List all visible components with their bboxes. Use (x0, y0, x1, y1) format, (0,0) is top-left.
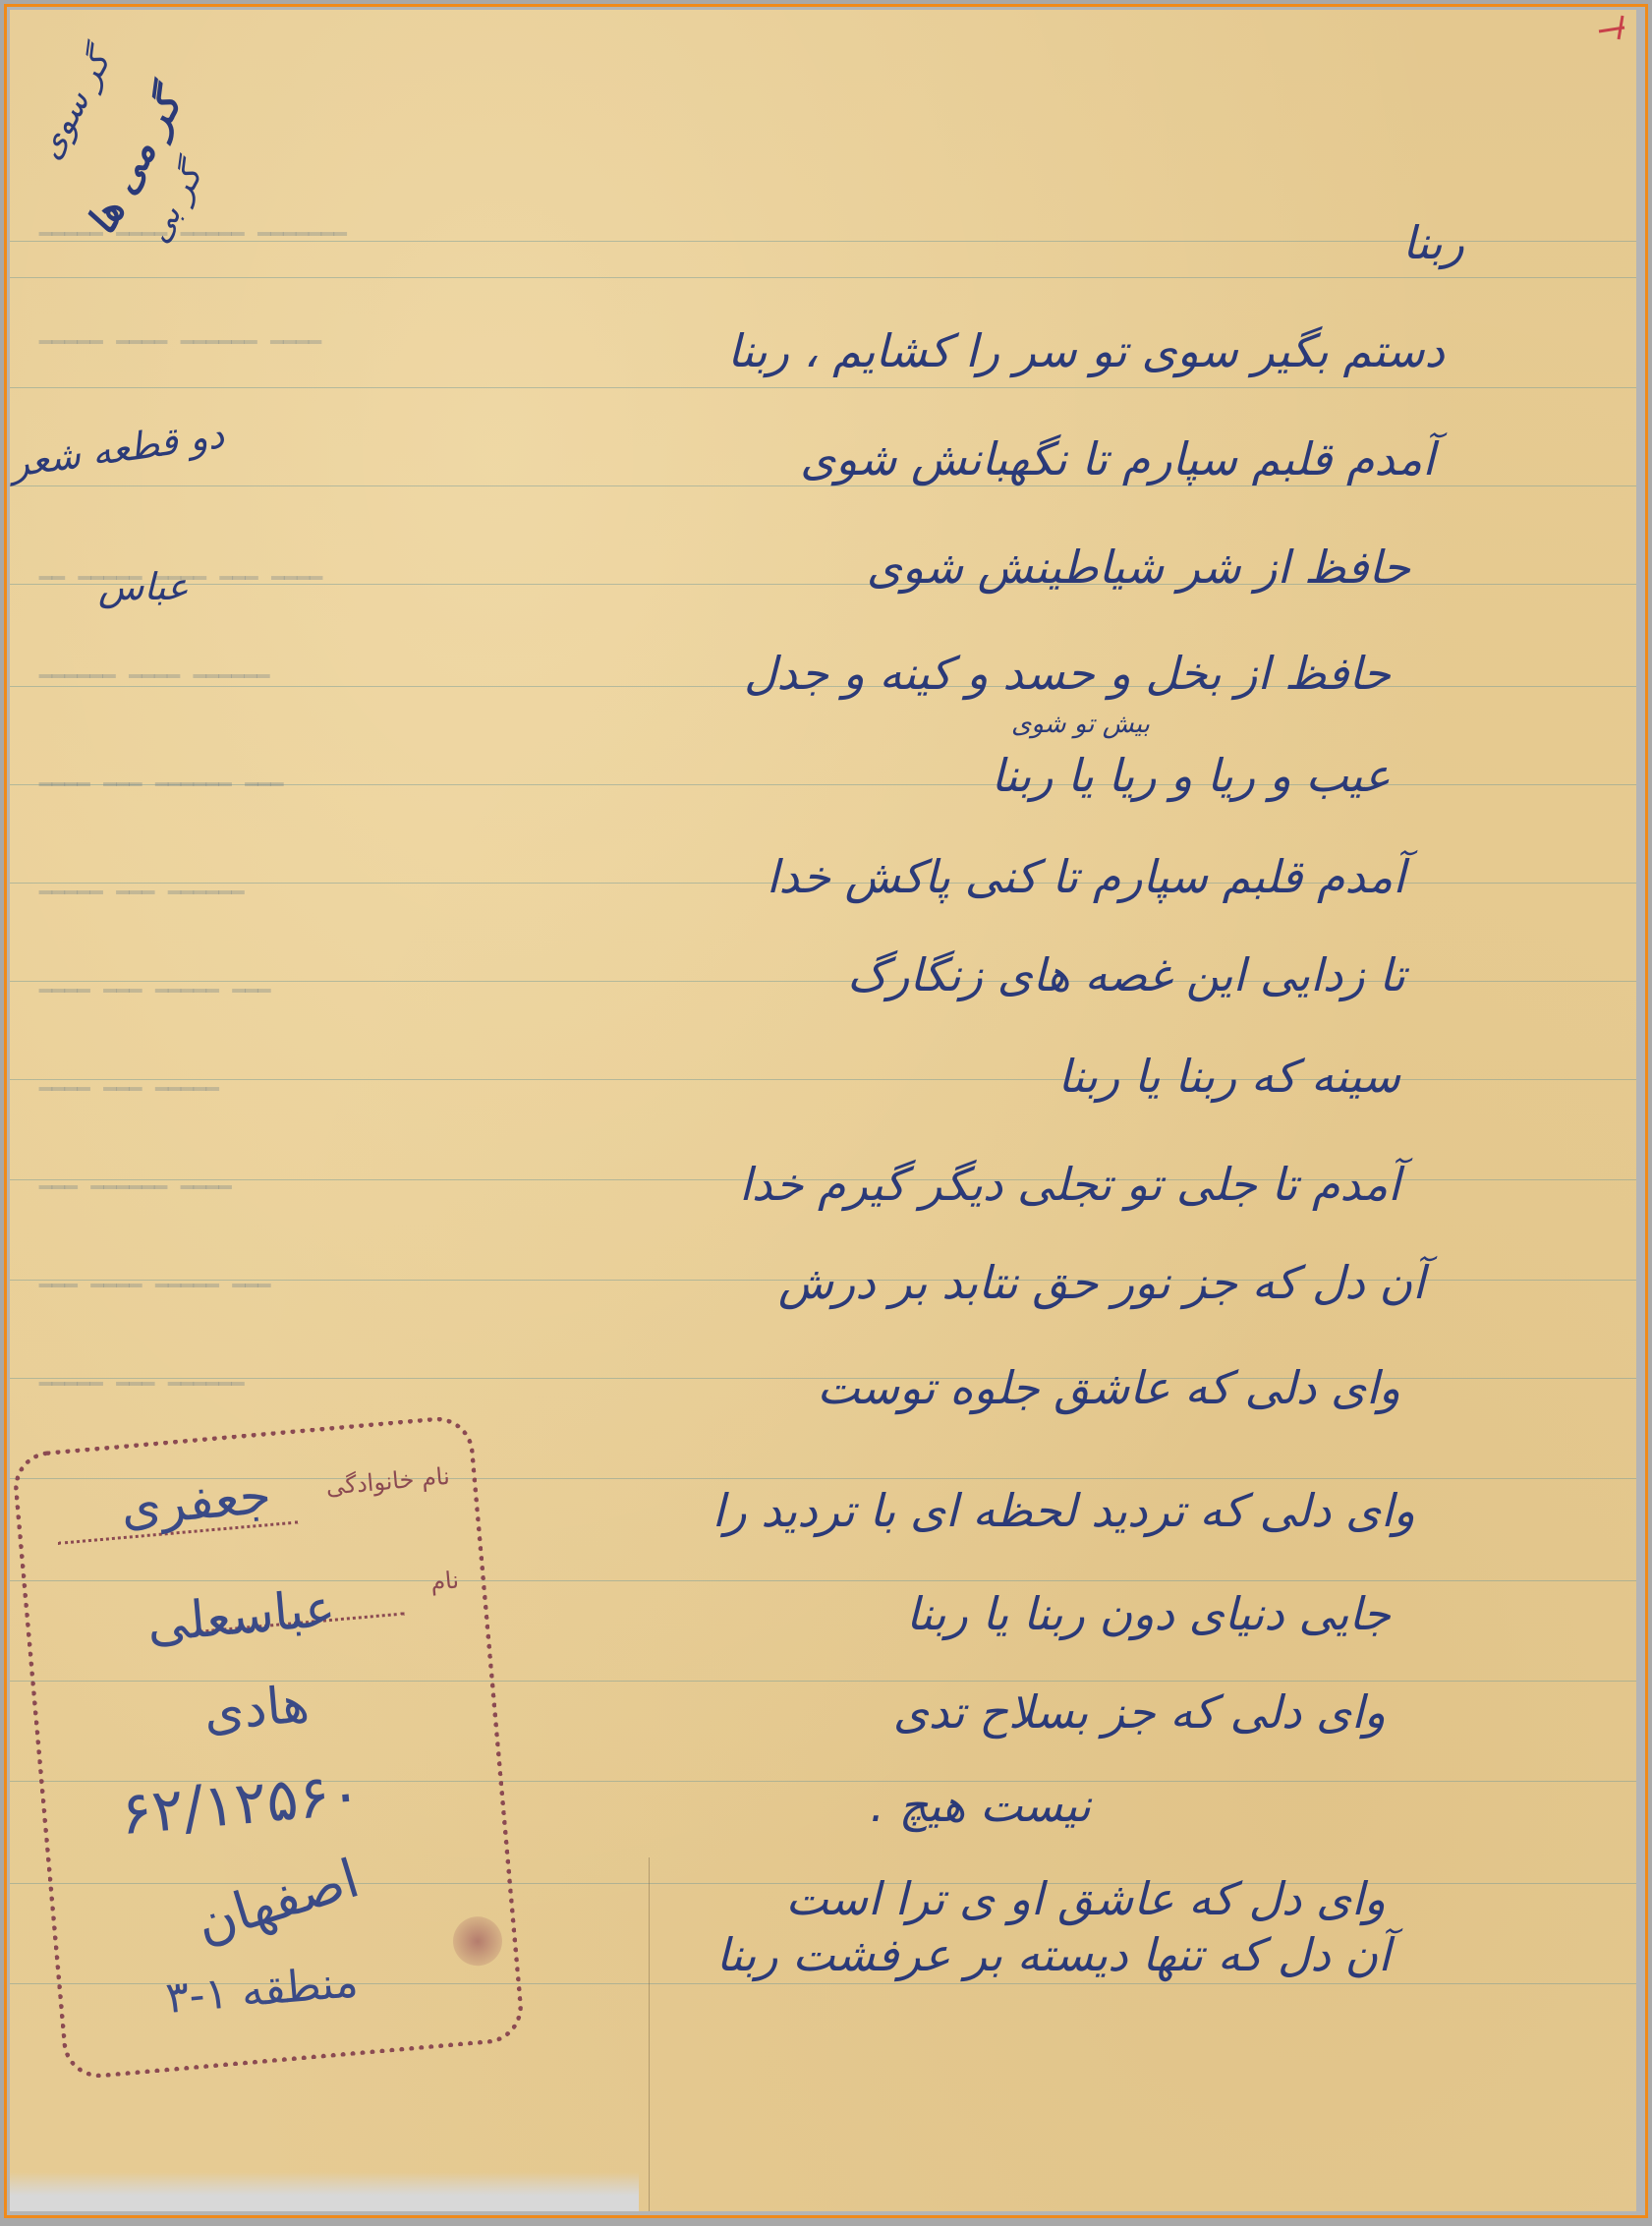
faint-pencil-text: ــــــ ـــ ـــــ (39, 855, 244, 905)
poem-line: آمدم تا جلی تو تجلی دیگر گیرم خدا (739, 1158, 1400, 1211)
stamp-ink-smudge (451, 1914, 504, 1968)
poem-line: عیب و ریا و ریا یا ربنا (992, 749, 1391, 802)
top-left-note: گر سوی (29, 44, 119, 165)
poem-line: دستم بگیر سوی تو سر را کشایم ، ربنا (727, 324, 1445, 377)
ruled-line (10, 277, 1636, 278)
red-pencil-mark (1589, 14, 1628, 43)
poem-line: تا زدایی این غصه های زنگارگ (847, 948, 1405, 1001)
faint-pencil-text: ـــ ـــــ ــــ ـــ (39, 1248, 270, 1298)
stamp-label-name: نام (429, 1567, 460, 1596)
poem-line: وای دل که عاشق او ی ترا است (785, 1872, 1386, 1925)
ruled-line (10, 485, 1636, 486)
poem-line: نیست هیچ . (870, 1779, 1091, 1832)
poem-line: حافظ از شر شیاطینش شوی (867, 541, 1410, 594)
stamp-id-number: ۶۲/۱۲۵۶۰ (118, 1759, 365, 1849)
stamp-district: منطقه ۱-۳ (164, 1957, 361, 2024)
stamp-father-name: هادی (201, 1675, 312, 1742)
registration-stamp: نام خانوادگی نام جعفری عباسعلی هادی ۶۲/۱… (11, 1414, 526, 2082)
poem-line: آن دل که جز نور حق نتابد بر درش (778, 1256, 1425, 1309)
faint-pencil-text: ــــ ــــــ ـــ (39, 1150, 232, 1200)
poem-line: جایی دنیای دون ربنا یا ربنا (906, 1587, 1391, 1640)
interlinear-insert: بیش تو شوی (1011, 710, 1150, 739)
scan-frame: ـــــــ ـــــ ــــ ـــــ ــــ ــــــ ـــ… (0, 0, 1652, 2226)
poem-line: سینه که ربنا یا ربنا (1057, 1050, 1400, 1103)
faint-pencil-text: ـــ ـــــ ـــ ــــ (39, 953, 270, 1003)
stamp-city: اصفهان (189, 1847, 366, 1955)
stamp-first-name: عباسعلی (144, 1579, 337, 1654)
faint-pencil-text: ـــــ ـــ ــــ (39, 1052, 219, 1102)
paper-crease (649, 1857, 650, 2211)
faint-pencil-text: ـــ ــــــ ـــ ــــ (39, 747, 283, 797)
poem-line: وای دلی که تردید لحظه ای با تردید را (712, 1484, 1415, 1537)
stamp-label-family-name: نام خانوادگی (324, 1462, 450, 1501)
poem-line: آمدم قلبم سپارم تا نگهبانش شوی (800, 432, 1435, 485)
manuscript-page: ـــــــ ـــــ ــــ ـــــ ــــ ــــــ ـــ… (10, 10, 1636, 2211)
torn-edge (10, 2172, 639, 2211)
ruled-line (10, 387, 1636, 388)
margin-title: دو قطعه شعر (10, 413, 227, 485)
poem-line: وای دلی که عاشق جلوه توست (817, 1361, 1400, 1414)
poem-line: وای دلی که جز بسلاح تدی (893, 1685, 1386, 1739)
margin-author: عباس (98, 565, 189, 608)
poem-heading: ربنا (1402, 216, 1464, 269)
faint-pencil-text: ــــ ــــــ ــــ ـــــ (39, 305, 321, 355)
poem-line: آمدم قلبم سپارم تا کنی پاکش خدا (767, 850, 1405, 903)
faint-pencil-text: ــــــ ــــ ــــــ (39, 639, 269, 689)
poem-line: آن دل که تنها دیسته بر عرفشت ربنا (716, 1928, 1391, 1981)
faint-pencil-text: ــــــ ـــ ـــــ (39, 1346, 244, 1397)
poem-line: حافظ از بخل و حسد و کینه و جدل (744, 647, 1391, 700)
